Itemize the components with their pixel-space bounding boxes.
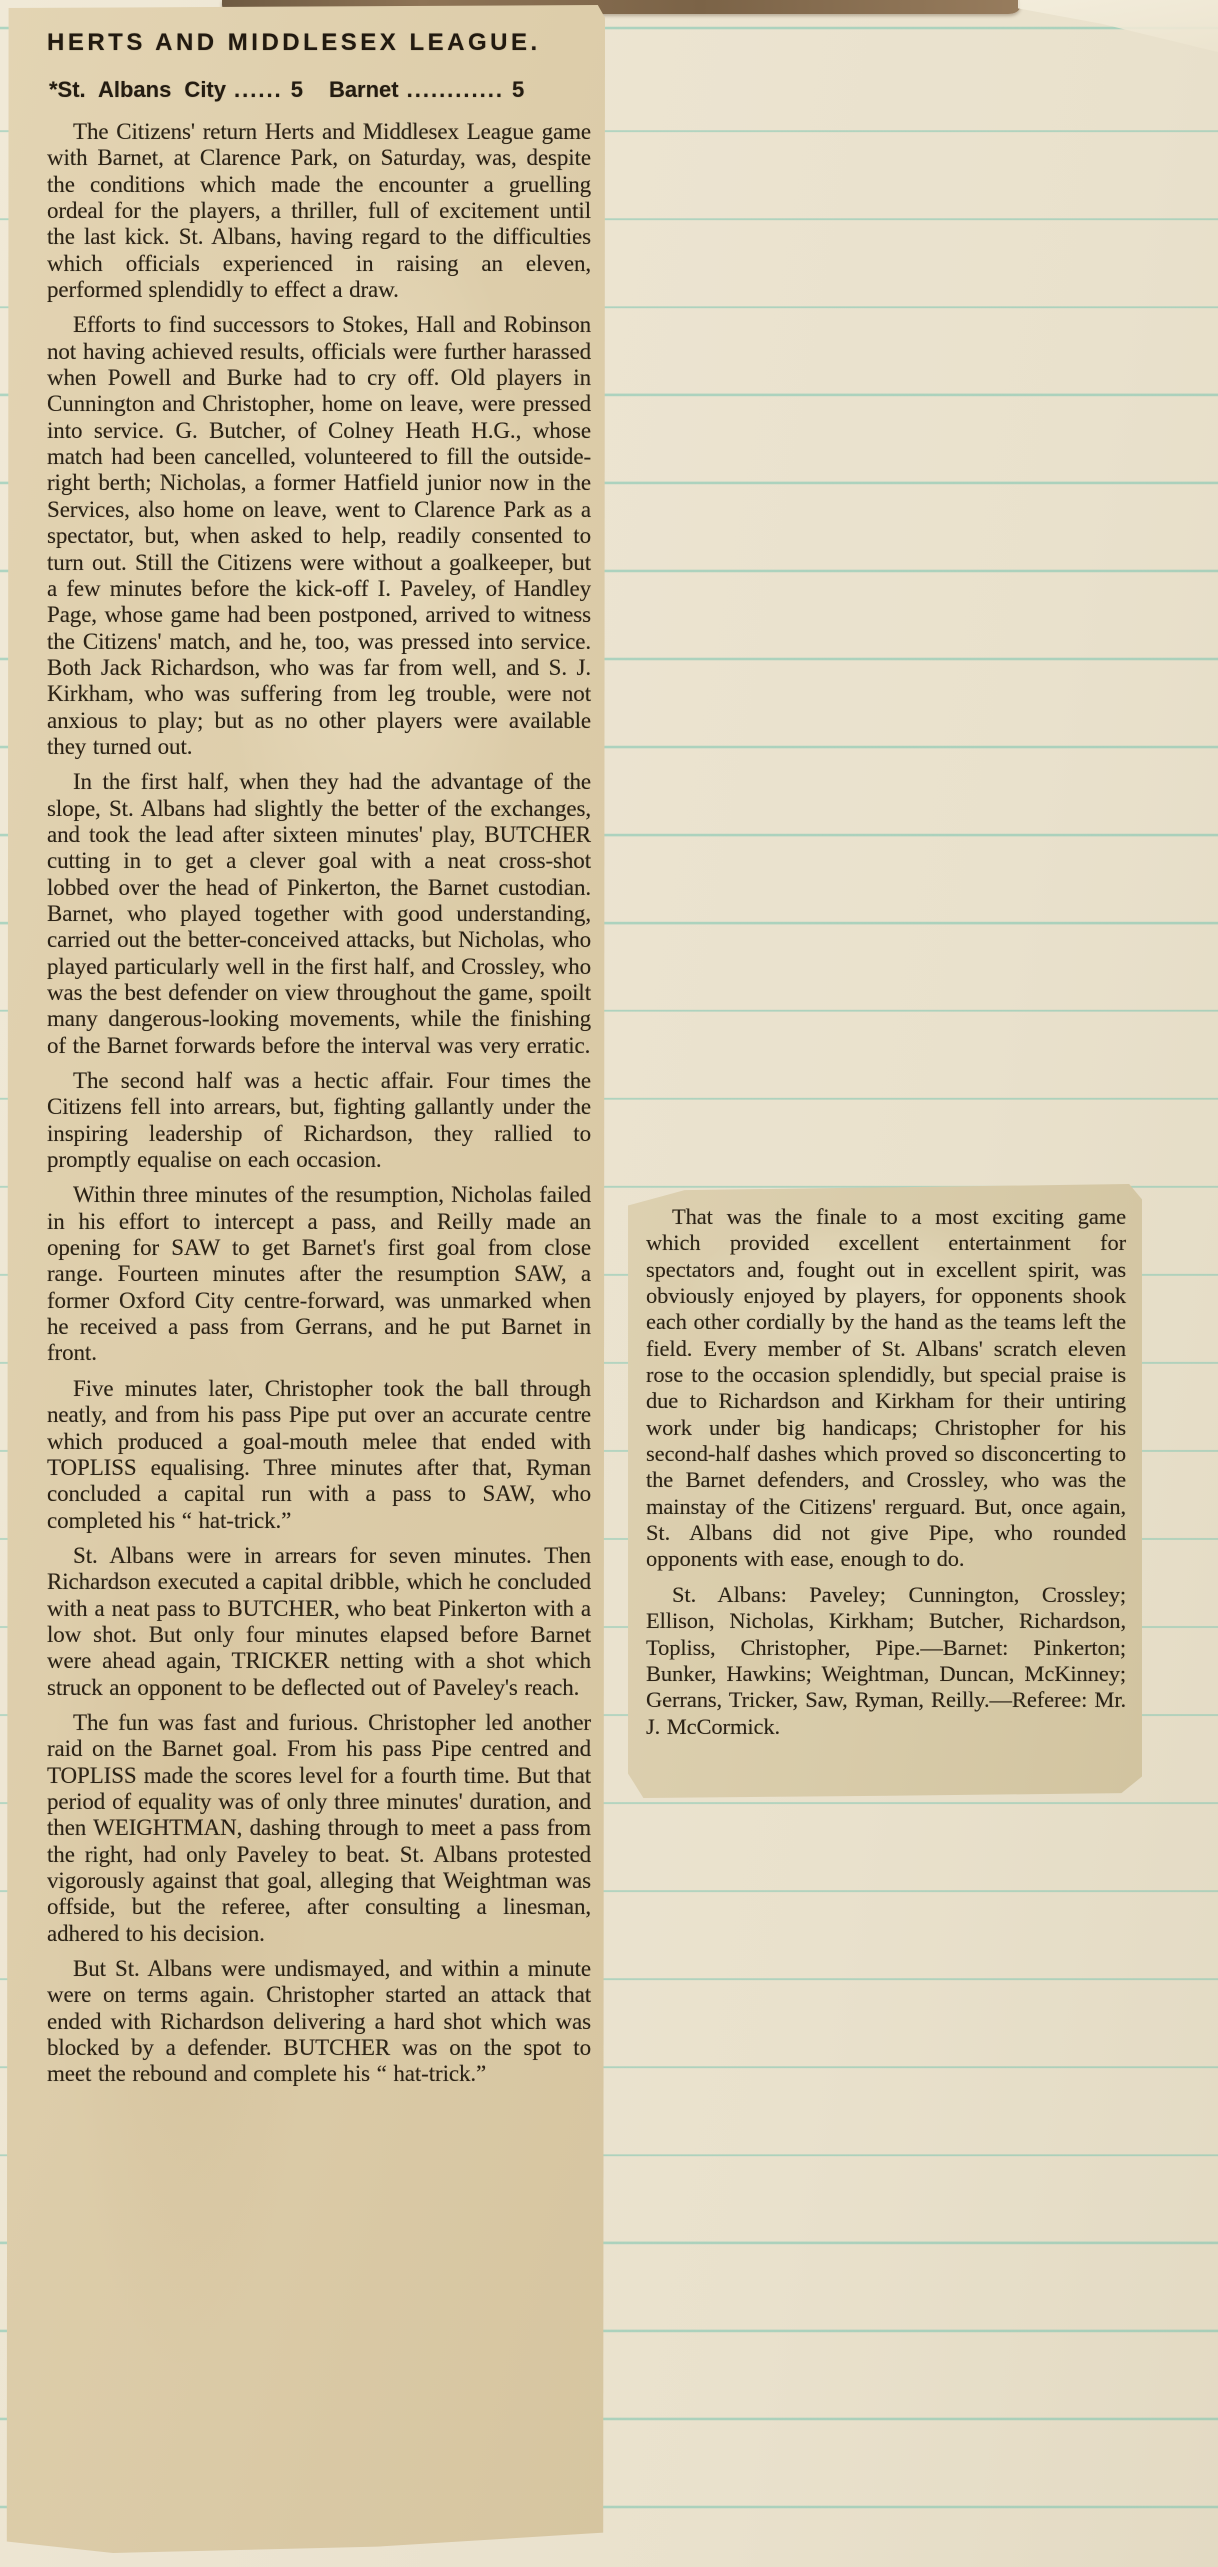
article-paragraph: Five minutes later, Christopher took the… [47,1376,591,1534]
newspaper-clipping-continuation: That was the finale to a most exciting g… [628,1184,1142,1798]
dot-leader: ...... [234,77,283,102]
scrapbook-page: HERTS AND MIDDLESEX LEAGUE. *St. Albans … [0,0,1218,2567]
article-paragraph: St. Albans were in arrears for seven min… [47,1543,591,1701]
article-paragraph: The second half was a hectic affair. Fou… [47,1068,591,1173]
home-team-score: 5 [291,77,303,102]
article-paragraph: The fun was fast and furious. Christophe… [47,1710,591,1947]
article-body-left-column: The Citizens' return Herts and Middlesex… [47,119,591,2088]
article-paragraph: Within three minutes of the resumption, … [47,1182,591,1366]
article-paragraph: In the first half, when they had the adv… [47,769,591,1059]
article-paragraph: That was the finale to a most exciting g… [646,1204,1126,1573]
article-body-right-column: That was the finale to a most exciting g… [646,1204,1126,1740]
article-paragraph: St. Albans: Paveley; Cunnington, Crossle… [646,1582,1126,1740]
home-team-name: *St. Albans City [49,77,226,102]
article-headline: HERTS AND MIDDLESEX LEAGUE. [47,29,591,57]
away-team-score: 5 [512,77,524,102]
article-paragraph: The Citizens' return Herts and Middlesex… [47,119,591,303]
article-paragraph: But St. Albans were undismayed, and with… [47,1956,591,2088]
article-paragraph: Efforts to find successors to Stokes, Ha… [47,312,591,760]
newspaper-clipping-main: HERTS AND MIDDLESEX LEAGUE. *St. Albans … [5,5,605,2553]
away-team-name: Barnet [329,77,399,102]
dot-leader: ............ [407,77,504,102]
match-scoreline: *St. Albans City......5Barnet...........… [49,77,587,103]
